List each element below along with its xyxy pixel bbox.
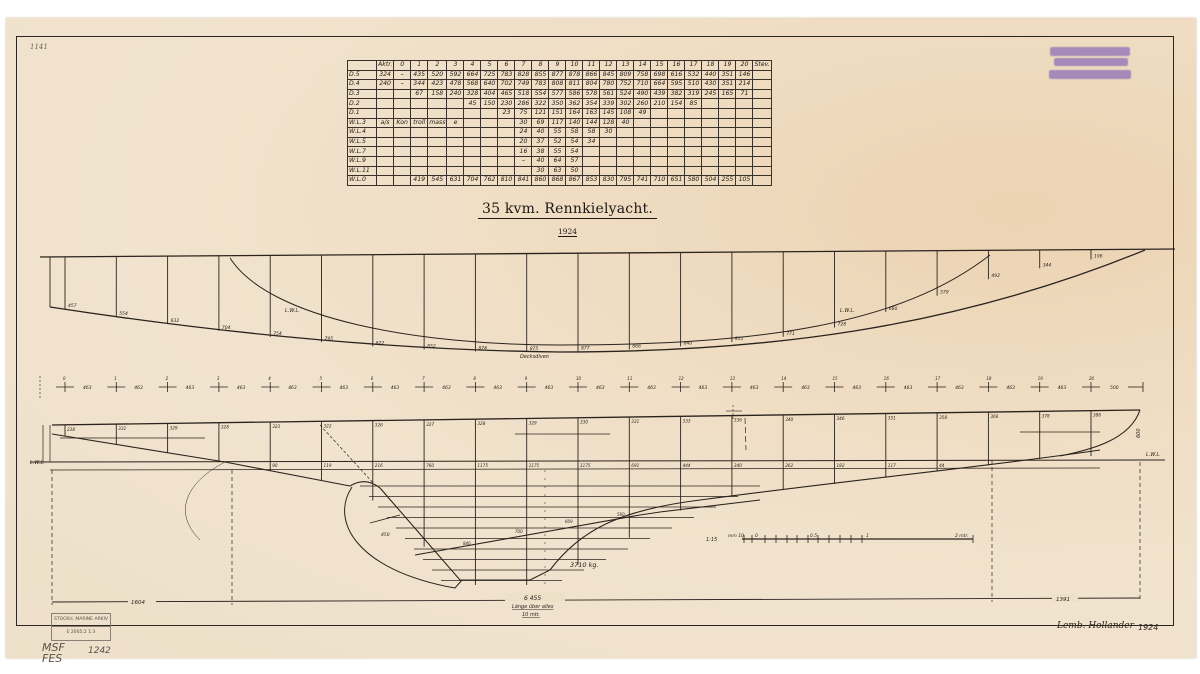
deck-offset: 866 <box>632 343 641 349</box>
sheer-height: 329 <box>170 425 178 430</box>
station-spacing: 463 <box>237 385 246 391</box>
station-number: 1 <box>114 376 117 381</box>
station-spacing: 463 <box>596 385 605 391</box>
deck-offset: 344 <box>1043 262 1052 268</box>
lwl-depth: 1175 <box>580 463 591 468</box>
lwl-depth: 262 <box>785 463 793 468</box>
station-number: 11 <box>627 376 632 381</box>
scale-label-half: 0.5 <box>810 533 817 539</box>
sheer-height: 351 <box>888 415 896 420</box>
overall-length: 6 455 <box>524 595 541 602</box>
lwl-depth: 691 <box>631 463 639 468</box>
scale-label-2m: 2 mtr. <box>955 533 968 539</box>
deck-offset: 754 <box>273 331 282 337</box>
sheer-height: 333 <box>683 418 691 423</box>
sheer-height: 328 <box>477 421 485 426</box>
lwl-depth: 44 <box>939 463 945 468</box>
pencil-number: 1242 <box>88 646 111 656</box>
lwl-label-hb: L.W.L. <box>285 308 300 314</box>
scale-label-mm: mm 10 <box>728 533 744 539</box>
deck-offset: 771 <box>786 331 795 337</box>
lwl-depth: 1175 <box>529 463 540 468</box>
lwl-depth: 444 <box>683 463 691 468</box>
deck-offset: 196 <box>1094 253 1103 259</box>
sheer-height: 328 <box>221 425 229 430</box>
overall-dimension: 1604 1391 6 455 Länge über alles 10 mtr. <box>52 460 1140 618</box>
keel-offset: 609 <box>565 519 573 524</box>
station-spacing: 463 <box>340 385 349 391</box>
deck-offset: 795 <box>325 336 334 342</box>
lwl-depth: 1175 <box>477 463 488 468</box>
station-spacing: 463 <box>801 385 810 391</box>
keel-offset: 560 <box>617 512 625 517</box>
lwl-depth: 340 <box>734 463 742 468</box>
scale-label-1: 1 <box>866 533 869 539</box>
deck-offset: 852 <box>427 343 436 349</box>
station-spacing: 463 <box>391 385 400 391</box>
sheer-height: 330 <box>580 420 588 425</box>
lwl-depth: 119 <box>324 463 332 468</box>
deck-offset: 811 <box>735 336 744 342</box>
station-spacing: 463 <box>1058 385 1067 391</box>
station-number: 15 <box>833 376 839 381</box>
station-number: 4 <box>268 376 271 381</box>
keel-weight: 3710 kg. <box>570 561 599 569</box>
pencil-note-line2: FES <box>42 653 65 664</box>
station-number: 19 <box>1038 376 1044 381</box>
station-spacing: 463 <box>904 385 913 391</box>
station-number: 17 <box>935 376 941 381</box>
fwd-overhang: 1391 <box>1056 597 1070 603</box>
station-number: 2 <box>166 376 169 381</box>
rudder-width: 450 <box>381 532 390 538</box>
station-spacing: 463 <box>750 385 759 391</box>
end-spacing: 500 <box>1110 385 1119 391</box>
sheer-height: 323 <box>272 424 280 429</box>
keel-offset: 700 <box>515 529 523 534</box>
sheer-height: 329 <box>529 420 537 425</box>
lwl-depth: 216 <box>375 463 383 468</box>
station-number: 13 <box>730 376 736 381</box>
station-number: 18 <box>986 376 992 381</box>
station-number: 10 <box>576 376 582 381</box>
lwl-label-hb-fwd: L.W.L. <box>840 308 855 314</box>
station-spacing: 463 <box>134 385 143 391</box>
deck-offset: 660 <box>889 306 898 312</box>
deck-offset: 704 <box>222 325 231 331</box>
aft-overhang: 1604 <box>131 600 145 606</box>
keel-offset: 840 <box>463 541 471 546</box>
deck-offset: 579 <box>940 290 949 296</box>
station-number: 7 <box>422 376 425 381</box>
designer-signature: Lemb. Hollander <box>1057 621 1134 631</box>
scale-bar: 1:15 mm 10 0 0.5 1 2 mtr. <box>706 533 973 543</box>
archive-stamp-line1: STOCKH. MARINE ARKIV <box>52 614 110 627</box>
lwl-depth: 760 <box>426 463 434 468</box>
hull-lines-drawing: 4575546327047547958228528748758778668408… <box>0 0 1200 674</box>
station-number: 8 <box>473 376 476 381</box>
station-spacing: 463 <box>955 385 964 391</box>
archive-stamp-line2: E 2005:2 1:3 <box>52 627 110 639</box>
station-spacing: 463 <box>288 385 297 391</box>
station-spacing: 463 <box>647 385 656 391</box>
lwl-depth: 117 <box>888 463 896 468</box>
station-number: 12 <box>679 376 685 381</box>
station-spacing: 463 <box>853 385 862 391</box>
sheer-height: 327 <box>426 422 434 427</box>
scale-label-0: 0 <box>755 533 758 539</box>
sheer-height: 378 <box>1042 413 1050 418</box>
deck-offset: 632 <box>171 318 180 324</box>
lwl-depth: 182 <box>837 463 845 468</box>
sheer-height: 336 <box>734 418 742 423</box>
deck-offset: 840 <box>684 340 693 346</box>
deck-offset: 875 <box>530 346 539 352</box>
station-spacing: 463 <box>1006 385 1015 391</box>
signature-year: 1924 <box>1138 623 1158 632</box>
station-spacing: 463 <box>442 385 451 391</box>
deck-offset: 874 <box>478 345 487 351</box>
length-total: 10 mtr. <box>522 612 540 618</box>
sheer-height: 340 <box>785 417 793 422</box>
pencil-note: MSF FES <box>42 642 65 664</box>
station-number: 14 <box>781 376 787 381</box>
archive-stamp: STOCKH. MARINE ARKIV E 2005:2 1:3 <box>51 613 111 641</box>
sheer-height: 238 <box>67 427 75 432</box>
length-label: Länge über alles <box>512 604 554 610</box>
station-number: 5 <box>320 376 323 381</box>
deck-offset: 822 <box>376 340 385 346</box>
sheer-height: 326 <box>375 423 383 428</box>
sheer-height: 331 <box>631 419 639 424</box>
sheer-height: 358 <box>939 415 947 420</box>
station-spacing: 463 <box>83 385 92 391</box>
scale-ratio: 1:15 <box>706 537 717 543</box>
deck-offset: 728 <box>838 322 847 328</box>
bow-height: 600 <box>1136 428 1142 438</box>
deck-offset: 554 <box>119 311 128 317</box>
deck-offset: 877 <box>581 345 590 351</box>
station-number: 20 <box>1089 376 1095 381</box>
station-spacing: 463 <box>493 385 502 391</box>
sheer-height: 366 <box>990 414 998 419</box>
station-spacing: 463 <box>186 385 195 391</box>
profile-plan: 2383313293283233223263273283293303313333… <box>30 405 1165 588</box>
station-number: 16 <box>884 376 890 381</box>
sheer-height: 322 <box>324 423 332 428</box>
station-number: 6 <box>371 376 374 381</box>
deck-offset: 457 <box>68 303 77 309</box>
station-number: 3 <box>217 376 220 381</box>
deck-offset: 492 <box>991 273 1000 279</box>
station-number: 9 <box>525 376 528 381</box>
sheer-height: 331 <box>118 426 126 431</box>
lwl-depth: 90 <box>272 463 278 468</box>
sheer-height: 386 <box>1093 413 1101 418</box>
station-spacing-row: 0463146324633463446354636463746384639463… <box>40 376 1143 400</box>
deck-line-label: Decksdiven <box>520 354 549 360</box>
sheer-height: 346 <box>837 416 845 421</box>
lwl-label-fwd: L.W.L. <box>1146 452 1161 458</box>
half-breadth-plan: 4575546327047547958228528748758778668408… <box>40 249 1175 360</box>
station-spacing: 463 <box>545 385 554 391</box>
station-spacing: 463 <box>699 385 708 391</box>
station-number: 0 <box>63 376 66 381</box>
